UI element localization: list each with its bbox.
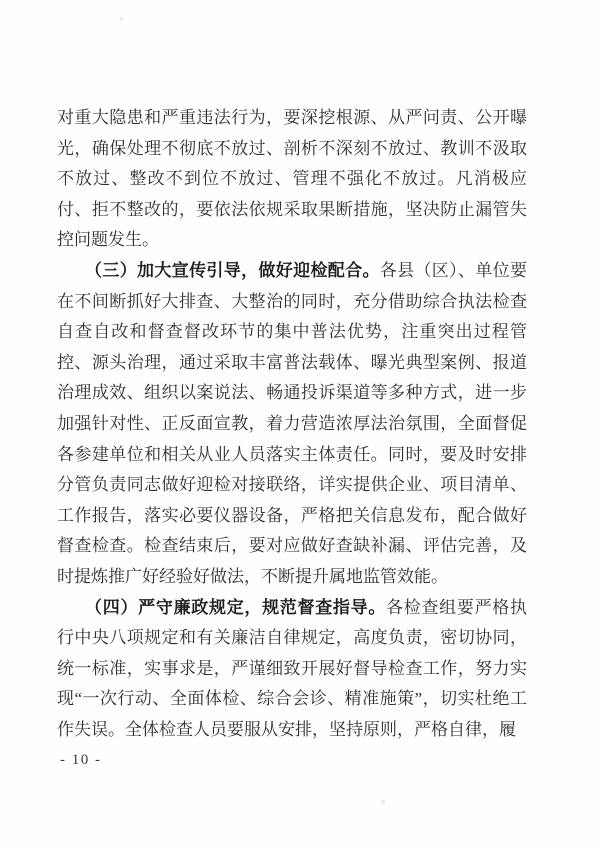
document-page: 对重大隐患和严重违法行为，要深挖根源、从严问责、公开曝光，确保处理不彻底不放过、… — [0, 0, 599, 848]
paragraph-lead: （三）加大宣传引导，做好迎检配合。 — [85, 261, 380, 280]
scan-artifact-speck — [381, 800, 385, 804]
paragraph-section-3: （三）加大宣传引导，做好迎检配合。各县（区）、单位要在不间断抓好大排查、大整治的… — [57, 256, 527, 593]
paragraph-section-4: （四）严守廉政规定，规范督查指导。各检查组要严格执行中央八项规定和有关廉洁自律规… — [57, 593, 527, 746]
paragraph-text: 各县（区）、单位要在不间断抓好大排查、大整治的同时，充分借助综合执法检查自查自改… — [57, 261, 527, 586]
paragraph-continuation: 对重大隐患和严重违法行为，要深挖根源、从严问责、公开曝光，确保处理不彻底不放过、… — [57, 103, 527, 256]
paragraph-text: 对重大隐患和严重违法行为，要深挖根源、从严问责、公开曝光，确保处理不彻底不放过、… — [57, 108, 527, 249]
paragraph-text: 各检查组要严格执行中央八项规定和有关廉洁自律规定，高度负责，密切协同，统一标准，… — [57, 598, 527, 739]
scan-artifact-speck — [120, 17, 123, 21]
page-number: - 10 - — [60, 752, 102, 769]
paragraph-lead: （四）严守廉政规定，规范督查指导。 — [85, 598, 386, 617]
document-body: 对重大隐患和严重违法行为，要深挖根源、从严问责、公开曝光，确保处理不彻底不放过、… — [57, 103, 527, 745]
